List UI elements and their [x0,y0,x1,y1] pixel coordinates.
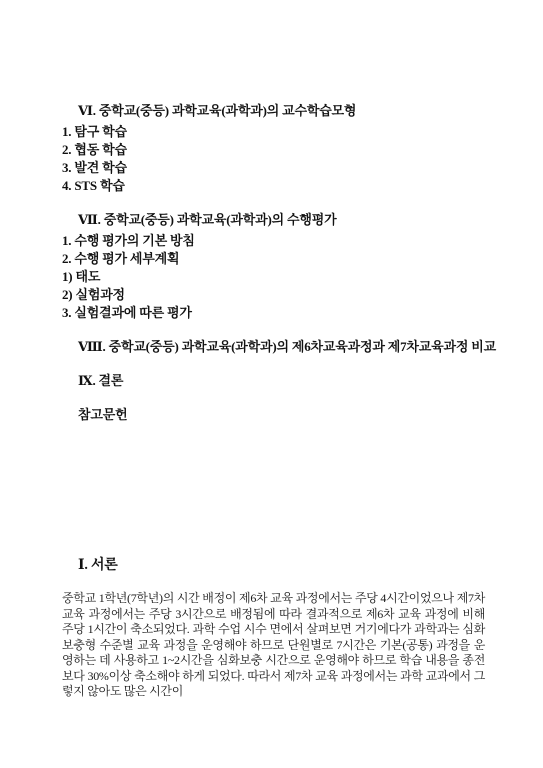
toc-section-9: Ⅸ. 결론 [62,372,485,390]
toc-item: 3. 실험결과에 따른 평가 [62,304,485,322]
toc-item: 1. 탐구 학습 [62,123,485,141]
toc-section-6: Ⅵ. 중학교(중등) 과학교육(과학과)의 교수학습모형 1. 탐구 학습 2.… [62,102,485,195]
intro-paragraph: 중학교 1학년(7학년)의 시간 배정이 제6차 교육 과정에서는 주당 4시간… [62,591,485,700]
toc-heading: Ⅸ. 결론 [62,372,485,390]
toc-heading: Ⅷ. 중학교(중등) 과학교육(과학과)의 제6차교육과정과 제7차교육과정 비… [62,338,485,356]
toc-section-8: Ⅷ. 중학교(중등) 과학교육(과학과)의 제6차교육과정과 제7차교육과정 비… [62,338,485,356]
toc-item: 4. STS 학습 [62,177,485,195]
toc-item: 1) 태도 [62,268,485,286]
introduction-section: Ⅰ. 서론 중학교 1학년(7학년)의 시간 배정이 제6차 교육 과정에서는 … [62,557,485,700]
toc-section-7: Ⅶ. 중학교(중등) 과학교육(과학과)의 수행평가 1. 수행 평가의 기본 … [62,211,485,322]
toc-item: 1. 수행 평가의 기본 방침 [62,232,485,250]
intro-section-heading: Ⅰ. 서론 [62,557,485,575]
toc-heading: Ⅶ. 중학교(중등) 과학교육(과학과)의 수행평가 [62,211,485,229]
toc-section-references: 참고문헌 [62,406,485,424]
toc-heading: Ⅵ. 중학교(중등) 과학교육(과학과)의 교수학습모형 [62,102,485,120]
toc-item: 2. 수행 평가 세부계획 [62,250,485,268]
table-of-contents: Ⅵ. 중학교(중등) 과학교육(과학과)의 교수학습모형 1. 탐구 학습 2.… [62,102,485,424]
toc-item: 2) 실험과정 [62,286,485,304]
toc-heading-references: 참고문헌 [62,406,485,424]
toc-item: 3. 발견 학습 [62,159,485,177]
toc-item: 2. 협동 학습 [62,141,485,159]
document-page: Ⅵ. 중학교(중등) 과학교육(과학과)의 교수학습모형 1. 탐구 학습 2.… [0,0,543,768]
